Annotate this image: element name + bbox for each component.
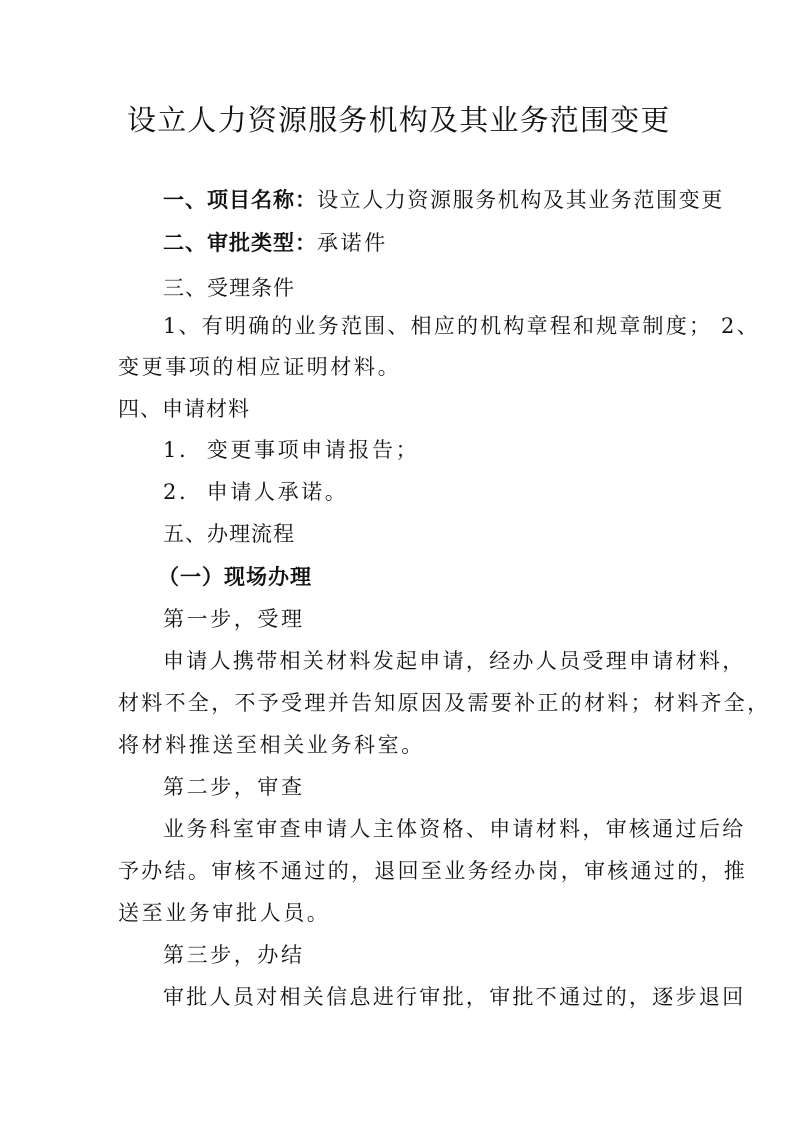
step-title: 第三步，办结 <box>163 941 305 969</box>
materials-item: 1. 变更事项申请报告； <box>163 436 419 464</box>
conditions-line: 1、有明确的业务范围、相应的机构章程和规章制度； 2、 <box>163 312 760 340</box>
step-line: 申请人携带相关材料发起申请，经办人员受理申请材料， <box>163 647 746 675</box>
conditions-heading: 三、受理条件 <box>163 274 295 302</box>
step-title: 第二步，审查 <box>163 773 305 801</box>
document-title: 设立人力资源服务机构及其业务范围变更 <box>127 100 671 140</box>
step-line: 审批人员对相关信息进行审批，审批不通过的，逐步退回 <box>163 983 746 1011</box>
step-line: 材料不全，不予受理并告知原因及需要补正的材料；材料齐全， <box>118 689 770 717</box>
step-line: 送至业务审批人员。 <box>118 899 330 927</box>
approval-type-value: 承诺件 <box>317 231 388 255</box>
materials-heading: 四、申请材料 <box>118 395 250 423</box>
document-page: 设立人力资源服务机构及其业务范围变更 一、项目名称：设立人力资源服务机构及其业务… <box>0 0 793 1122</box>
step-title: 第一步，受理 <box>163 605 305 633</box>
conditions-line: 变更事项的相应证明材料。 <box>118 353 401 381</box>
process-heading: 五、办理流程 <box>163 520 295 548</box>
item-name-label: 一、项目名称： <box>163 188 317 212</box>
step-line: 将材料推送至相关业务科室。 <box>118 731 425 759</box>
item-name-value: 设立人力资源服务机构及其业务范围变更 <box>317 188 724 212</box>
step-line: 予办结。审核不通过的，退回至业务经办岗，审核通过的，推 <box>118 857 747 885</box>
approval-type-row: 二、审批类型：承诺件 <box>163 229 388 257</box>
onsite-heading: （一）现场办理 <box>158 563 312 591</box>
step-line: 业务科室审查申请人主体资格、申请材料，审核通过后给 <box>163 815 746 843</box>
item-name-row: 一、项目名称：设立人力资源服务机构及其业务范围变更 <box>163 186 724 214</box>
materials-item: 2. 申请人承诺。 <box>163 478 348 506</box>
approval-type-label: 二、审批类型： <box>163 231 317 255</box>
